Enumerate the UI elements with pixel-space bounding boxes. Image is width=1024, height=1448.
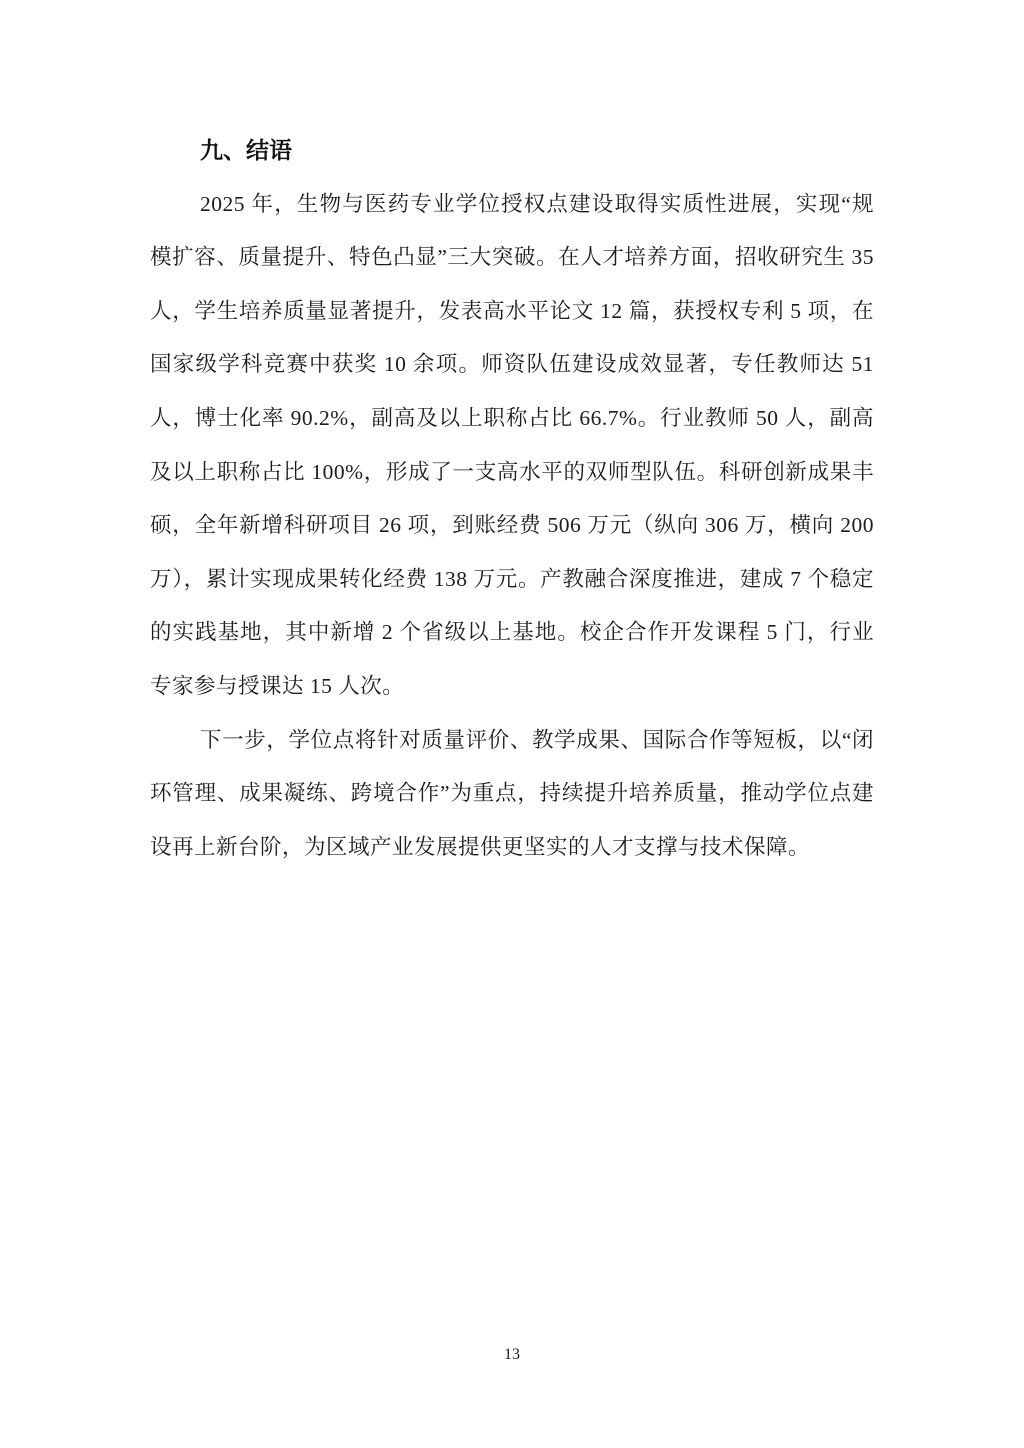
paragraph-next-steps: 下一步，学位点将针对质量评价、教学成果、国际合作等短板，以“闭环管理、成果凝练、… bbox=[150, 714, 874, 875]
document-page: 九、结语 2025 年，生物与医药专业学位授权点建设取得实质性进展，实现“规模扩… bbox=[0, 0, 1024, 1448]
paragraph-summary: 2025 年，生物与医药专业学位授权点建设取得实质性进展，实现“规模扩容、质量提… bbox=[150, 178, 874, 714]
section-heading: 九、结语 bbox=[150, 124, 874, 178]
document-content: 九、结语 2025 年，生物与医药专业学位授权点建设取得实质性进展，实现“规模扩… bbox=[150, 124, 874, 874]
page-number: 13 bbox=[0, 1343, 1024, 1367]
